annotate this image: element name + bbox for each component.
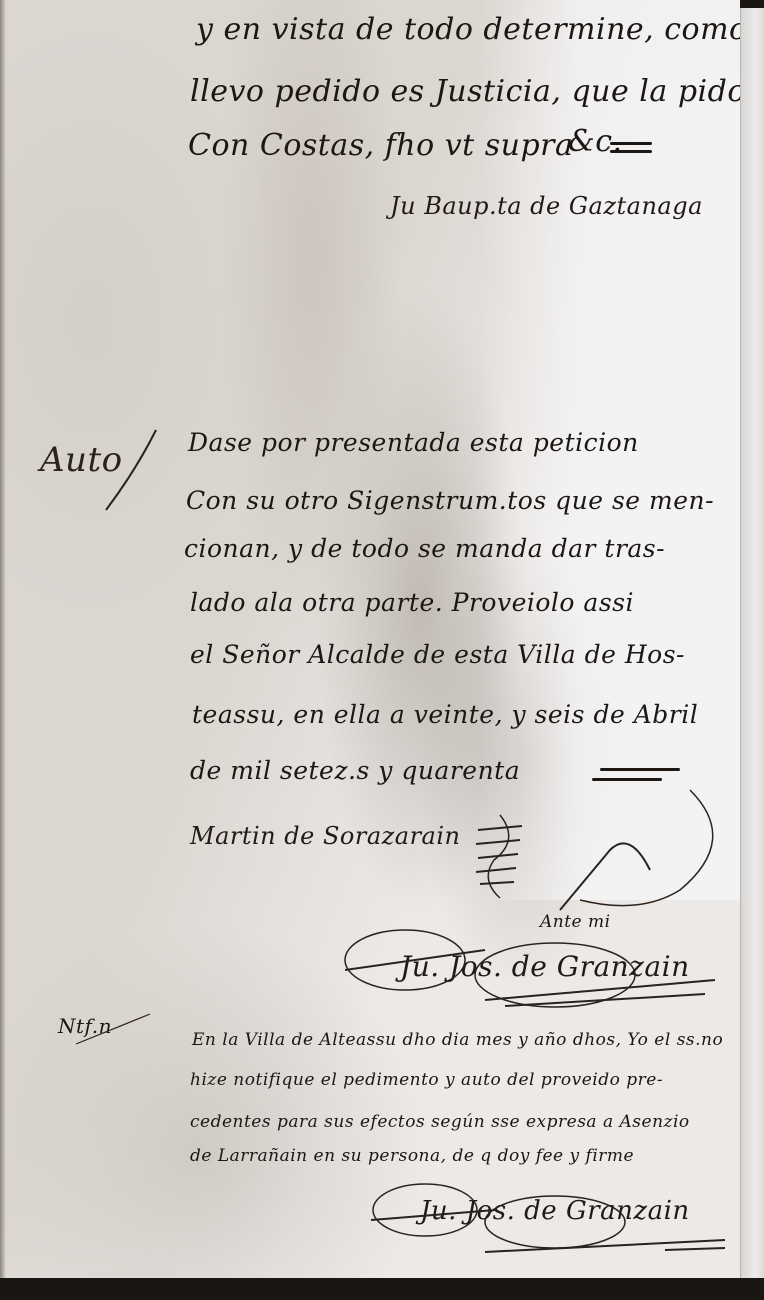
auto-line-4: lado ala otra parte. Proveiolo assi: [190, 588, 634, 617]
signature-gaztanaga: Ju Baup.ta de Gaztanaga: [390, 192, 703, 220]
auto-line-5: el Señor Alcalde de esta Villa de Hos-: [190, 640, 685, 669]
manuscript-page: y en vista de todo determine, como llevo…: [0, 0, 740, 1282]
page-left-edge: [0, 0, 6, 1282]
notification-line-4: de Larrañain en su persona, de q doy fee…: [190, 1146, 634, 1166]
notification-line-1: En la Villa de Alteassu dho dia mes y añ…: [192, 1030, 723, 1050]
notary-flourish: [540, 780, 740, 920]
auto-line-2: Con su otro Sigenstrum.tos que se men-: [186, 486, 714, 515]
auto-line-6: teassu, en ella a veinte, y seis de Abri…: [192, 700, 698, 729]
adjacent-page-edge: [740, 8, 764, 1300]
underline-rule: [610, 142, 652, 145]
underline-rule: [610, 150, 652, 153]
petition-line-2: llevo pedido es Justicia, que la pido: [190, 74, 740, 109]
signature-paraph: [335, 910, 735, 1020]
petition-line-1: y en vista de todo determine, como: [196, 12, 740, 47]
notification-line-2: hize notifique el pedimento y auto del p…: [190, 1070, 663, 1090]
notification-line-3: cedentes para sus efectos según sse expr…: [190, 1112, 690, 1132]
auto-line-7: de mil setez.s y quarenta: [190, 756, 520, 785]
auto-line-3: cionan, y de todo se manda dar tras-: [184, 534, 665, 563]
signature-paraph-2: [365, 1170, 735, 1260]
petition-line-3: Con Costas, fho vt supra: [188, 128, 573, 163]
margin-slash-mark: [96, 420, 166, 520]
auto-line-1: Dase por presentada esta peticion: [188, 428, 639, 457]
line-end-rule: [600, 768, 680, 771]
margin-stroke: [70, 1010, 160, 1050]
signature-rubric: [470, 810, 530, 900]
signature-sorazarain: Martin de Sorazarain: [190, 822, 461, 850]
scan-background: [0, 1278, 764, 1300]
